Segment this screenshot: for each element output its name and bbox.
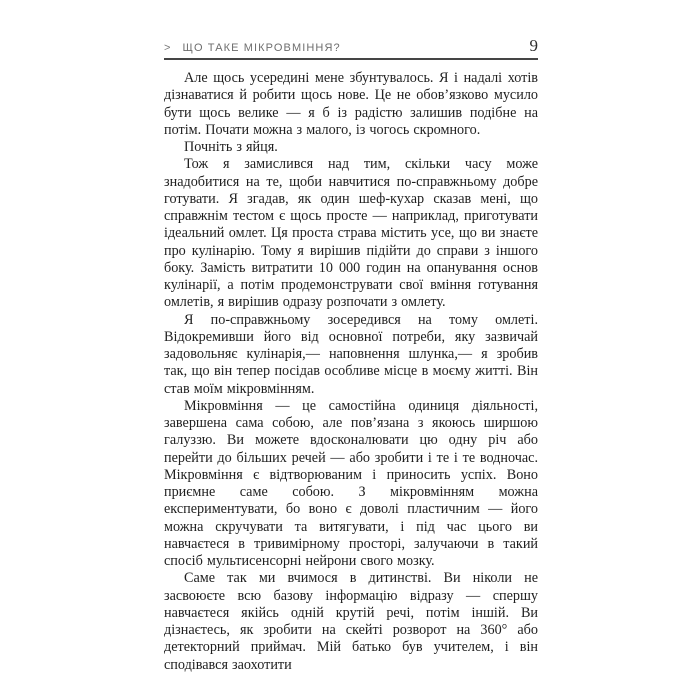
paragraph-3: Тож я замислився над тим, скільки часу м…	[164, 156, 538, 311]
running-header-left: > ЩО ТАКЕ МІКРОВМІННЯ?	[164, 42, 341, 54]
header-rule	[164, 58, 538, 60]
paragraph-6: Саме так ми вчимося в дитинстві. Ви ніко…	[164, 570, 538, 674]
page-number: 9	[530, 37, 539, 54]
screenshot-root: { "header": { "marker": ">", "title": "Щ…	[0, 0, 700, 700]
paragraph-4: Я по-справжньому зосередився на тому омл…	[164, 312, 538, 398]
chapter-marker: >	[164, 42, 172, 54]
paragraph-5: Мікровміння — це самостійна одиниця діял…	[164, 398, 538, 571]
book-page: > ЩО ТАКЕ МІКРОВМІННЯ? 9 Але щось усеред…	[164, 0, 538, 700]
paragraph-1: Але щось усередині мене збунтувалось. Я …	[164, 70, 538, 139]
page-body-text: Але щось усередині мене збунтувалось. Я …	[164, 70, 538, 674]
paragraph-2: Почніть з яйця.	[164, 139, 538, 156]
chapter-title: ЩО ТАКЕ МІКРОВМІННЯ?	[183, 42, 341, 54]
running-header: > ЩО ТАКЕ МІКРОВМІННЯ? 9	[164, 37, 538, 58]
